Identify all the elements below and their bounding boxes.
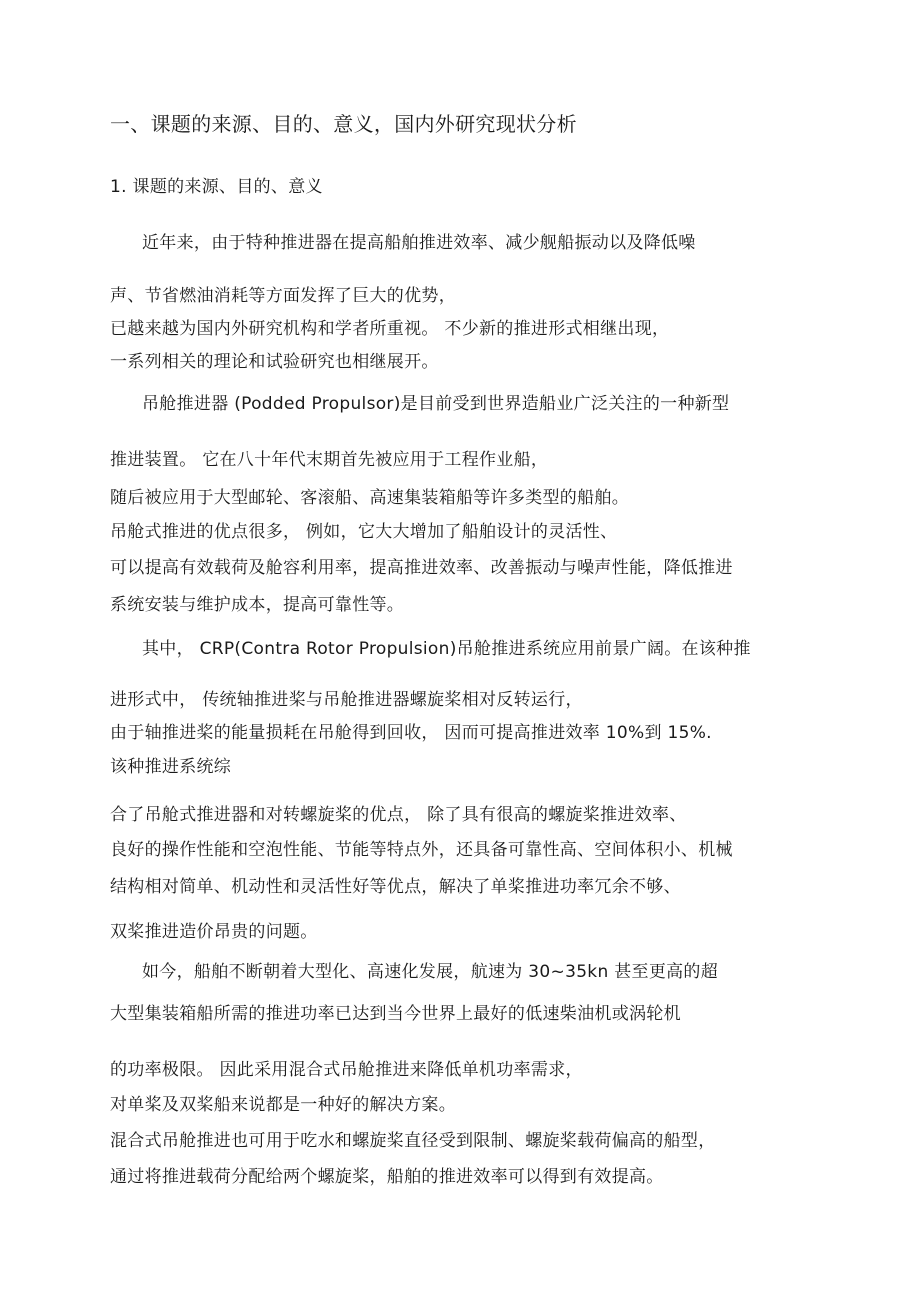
text-line: 双桨推进造价昂贵的问题。 — [110, 921, 318, 943]
text-line: 进形式中， 传统轴推进桨与吊舱推进器螺旋桨相对反转运行， — [110, 689, 583, 711]
text-line: 吊舱式推进的优点很多， 例如，它大大增加了船舶设计的灵活性、 — [110, 521, 617, 543]
text-line: 合了吊舱式推进器和对转螺旋桨的优点， 除了具有很高的螺旋桨推进效率、 — [110, 804, 687, 826]
section-heading: 一、课题的来源、目的、意义，国内外研究现状分析 — [110, 113, 577, 135]
text-line: 结构相对简单、机动性和灵活性好等优点，解决了单桨推进功率冗余不够、 — [110, 876, 681, 898]
text-line: 大型集装箱船所需的推进功率已达到当今世界上最好的低速柴油机或涡轮机 — [110, 1003, 681, 1025]
text-line: 混合式吊舱推进也可用于吃水和螺旋桨直径受到限制、螺旋桨载荷偏高的船型， — [110, 1130, 716, 1152]
text-line: 声、节省燃油消耗等方面发挥了巨大的优势， — [110, 285, 456, 307]
text-line: 吊舱推进器 (Podded Propulsor)是目前受到世界造船业广泛关注的一… — [142, 393, 729, 415]
text-line: 对单桨及双桨船来说都是一种好的解决方案。 — [110, 1094, 456, 1116]
subsection-heading: 1. 课题的来源、目的、意义 — [110, 176, 323, 198]
text-line: 通过将推进载荷分配给两个螺旋桨，船舶的推进效率可以得到有效提高。 — [110, 1166, 664, 1188]
text-line: 推进装置。 它在八十年代末期首先被应用于工程作业船， — [110, 449, 548, 471]
text-line: 的功率极限。 因此采用混合式吊舱推进来降低单机功率需求， — [110, 1059, 583, 1081]
text-line: 良好的操作性能和空泡性能、节能等特点外，还具备可靠性高、空间体积小、机械 — [110, 839, 733, 861]
text-line: 随后被应用于大型邮轮、客滚船、高速集装箱船等许多类型的船舶。 — [110, 487, 629, 509]
text-line: 可以提高有效载荷及舱容利用率，提高推进效率、改善振动与噪声性能，降低推进 — [110, 557, 733, 579]
text-line: 已越来越为国内外研究机构和学者所重视。 不少新的推进形式相继出现， — [110, 318, 669, 340]
text-line: 该种推进系统综 — [110, 756, 231, 778]
text-line: 一系列相关的理论和试验研究也相继展开。 — [110, 351, 439, 373]
text-line: 由于轴推进桨的能量损耗在吊舱得到回收， 因而可提高推进效率 10%到 15%. — [110, 722, 712, 744]
text-line: 如今，船舶不断朝着大型化、高速化发展，航速为 30~35kn 甚至更高的超 — [142, 961, 718, 983]
text-line: 其中， CRP(Contra Rotor Propulsion)吊舱推进系统应用… — [142, 638, 751, 660]
text-line: 系统安装与维护成本，提高可靠性等。 — [110, 594, 404, 616]
text-line: 近年来，由于特种推进器在提高船舶推进效率、减少舰船振动以及降低噪 — [142, 232, 696, 254]
